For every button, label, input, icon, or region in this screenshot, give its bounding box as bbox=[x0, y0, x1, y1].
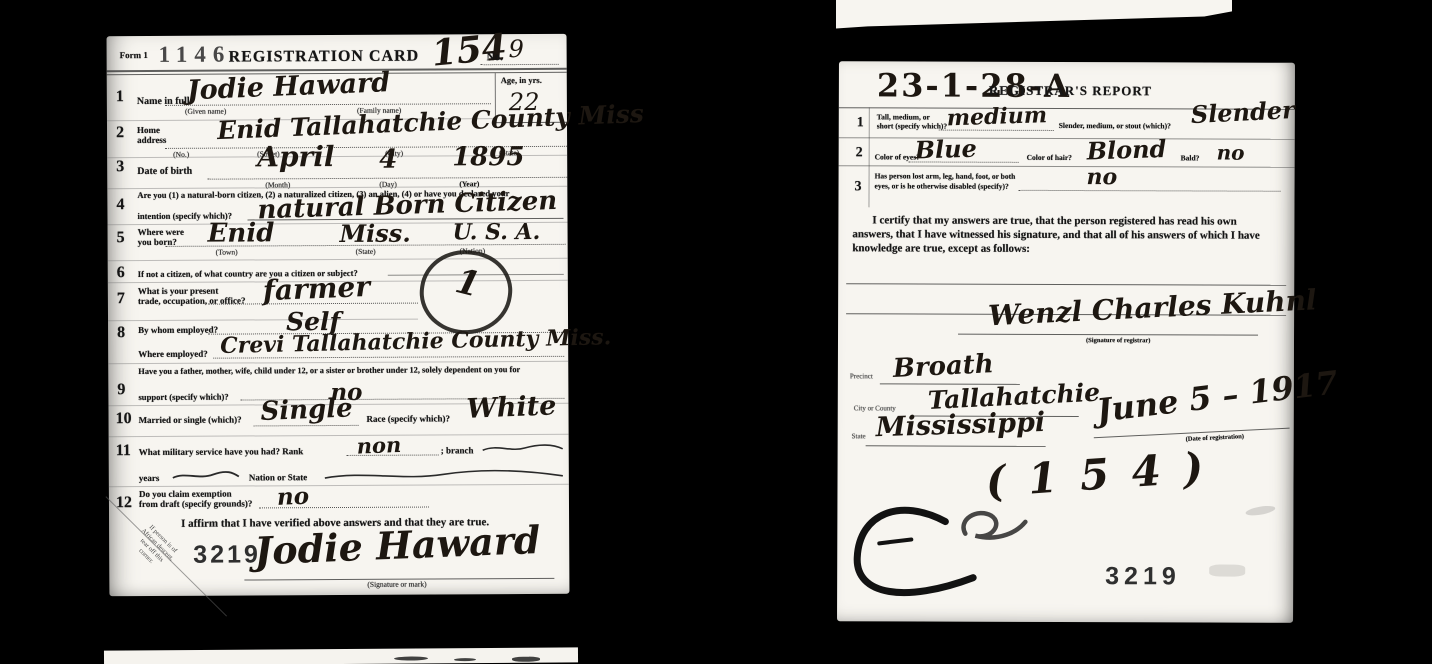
height-value: medium bbox=[946, 104, 1047, 129]
report-field-3-number: 3 bbox=[855, 179, 862, 194]
build-value: Slender bbox=[1190, 98, 1295, 127]
home-address-label-2: address bbox=[137, 136, 166, 146]
label-line: Has person lost arm, leg, hand, foot, or… bbox=[875, 171, 1016, 181]
report-title: REGISTRAR'S REPORT bbox=[989, 84, 1152, 99]
certification-line: I certify that my answers are true, that… bbox=[852, 213, 1284, 229]
field-10-number: 10 bbox=[115, 410, 131, 428]
blank-squiggle bbox=[171, 468, 241, 482]
military-service-label: What military service have you had? Rank bbox=[139, 447, 304, 458]
rule-line bbox=[958, 334, 1258, 336]
military-rank-value: non bbox=[356, 434, 401, 457]
nation-or-state-label: Nation or State bbox=[249, 473, 307, 483]
married-value: Single bbox=[260, 395, 353, 425]
serial-stamp-3219-report: 3219 bbox=[1105, 562, 1181, 591]
town-sublabel: (Town) bbox=[216, 249, 238, 257]
top-card-edge-strip bbox=[836, 0, 1232, 30]
employer-label: By whom employed? bbox=[138, 326, 218, 336]
label-line: eyes, or is he otherwise disabled (speci… bbox=[875, 181, 1016, 191]
rule-line bbox=[839, 137, 1295, 140]
home-address-value: Enid Tallahatchie County Miss bbox=[217, 101, 645, 143]
registrars-report-card: 23-1-28-A REGISTRAR'S REPORT 1 Tall, med… bbox=[837, 61, 1295, 623]
rule-line bbox=[259, 507, 429, 509]
race-value: White bbox=[466, 392, 557, 423]
certification-line: knowledge are true, except as follows: bbox=[852, 241, 1284, 257]
form-number-label: Form 1 bbox=[120, 51, 148, 61]
registration-card: Form 1 1146 REGISTRATION CARD 154 No. 9 … bbox=[107, 34, 570, 596]
eye-color-value: Blue bbox=[914, 137, 977, 163]
state-value: Mississippi bbox=[875, 409, 1045, 441]
rule-line bbox=[839, 165, 1295, 168]
rule-line bbox=[846, 283, 1286, 286]
order-number-value: 9 bbox=[509, 37, 524, 61]
report-field-1-number: 1 bbox=[857, 115, 864, 130]
certification-text: I certify that my answers are true, that… bbox=[852, 213, 1284, 257]
precinct-label: Precinct bbox=[850, 373, 873, 381]
date-of-birth-label: Date of birth bbox=[137, 166, 192, 177]
disability-label: Has person lost arm, leg, hand, foot, or… bbox=[875, 171, 1016, 190]
scanned-document-page: Form 1 1146 REGISTRATION CARD 154 No. 9 … bbox=[0, 0, 1432, 664]
field-3-number: 3 bbox=[116, 158, 124, 176]
trade-value: farmer bbox=[262, 273, 370, 305]
dependents-label-1: Have you a father, mother, wife, child u… bbox=[138, 365, 566, 376]
row-separator bbox=[108, 361, 568, 364]
dependents-label-2: support (specify which)? bbox=[138, 393, 228, 403]
age-box-label: Age, in yrs. bbox=[501, 76, 542, 86]
birth-day-value: 4 bbox=[379, 147, 397, 173]
years-label: years bbox=[139, 474, 160, 484]
branch-label: ; branch bbox=[441, 446, 474, 456]
field-5-number: 5 bbox=[117, 229, 125, 247]
hair-color-label: Color of hair? bbox=[1027, 154, 1072, 162]
bald-value: no bbox=[1217, 143, 1245, 163]
faint-mark bbox=[1245, 504, 1276, 517]
number-column-line bbox=[868, 107, 869, 207]
registrar-signature-sublabel: (Signature of registrar) bbox=[1086, 337, 1150, 344]
hair-color-value: Blond bbox=[1086, 137, 1166, 163]
birth-town-value: Enid bbox=[208, 220, 275, 246]
birth-year-value: 1895 bbox=[452, 144, 525, 170]
birth-month-value: April bbox=[257, 143, 334, 171]
card-title: REGISTRATION CARD bbox=[229, 48, 420, 67]
disability-value: no bbox=[1087, 166, 1118, 188]
exemption-value: no bbox=[277, 485, 310, 509]
married-label: Married or single (which)? bbox=[139, 416, 242, 426]
rule-line bbox=[1019, 190, 1281, 192]
where-employed-label: Where employed? bbox=[138, 350, 208, 360]
date-sublabel: (Date of registration) bbox=[1186, 433, 1245, 443]
birth-state-value: Miss. bbox=[340, 222, 411, 246]
rule-line bbox=[481, 64, 559, 65]
report-field-2-number: 2 bbox=[856, 145, 863, 160]
build-label: Slender, medium, or stout (which)? bbox=[1059, 122, 1171, 131]
state-sublabel-2: (State) bbox=[356, 248, 376, 256]
registration-date-value: June 5 – 1917 bbox=[1095, 366, 1340, 427]
row-separator bbox=[108, 319, 418, 322]
bottom-card-edge-strip bbox=[104, 647, 578, 664]
row-separator bbox=[109, 434, 569, 437]
field-11-number: 11 bbox=[116, 442, 131, 460]
field-8-number: 8 bbox=[117, 324, 125, 342]
field-2-number: 2 bbox=[116, 124, 124, 142]
paren-serial-number: ( 1 5 4 ) bbox=[984, 447, 1208, 504]
registrant-signature: Jodie Haward bbox=[254, 521, 541, 570]
label-line: Tall, medium, or bbox=[877, 112, 947, 121]
cutoff-writing-mark bbox=[454, 658, 476, 661]
registrar-signature: Wenzl Charles Kuhnl bbox=[988, 286, 1318, 330]
name-value: Jodie Haward bbox=[186, 69, 390, 104]
bald-label: Bald? bbox=[1181, 154, 1200, 162]
blank-squiggle bbox=[481, 440, 565, 454]
faint-mark bbox=[1209, 565, 1245, 577]
field-7-number: 7 bbox=[117, 290, 125, 308]
rule-line bbox=[866, 445, 1046, 447]
given-name-sublabel: (Given name) bbox=[185, 108, 226, 116]
rule-line bbox=[254, 425, 359, 427]
field-6-number: 6 bbox=[117, 264, 125, 282]
pen-scribble bbox=[845, 499, 1065, 620]
build-height-label: Tall, medium, or short (specify which)? bbox=[877, 112, 947, 130]
field-1-number: 1 bbox=[116, 88, 124, 106]
trade-label-2: trade, occupation, or office? bbox=[138, 296, 246, 306]
birth-nation-value: U. S. A. bbox=[453, 221, 541, 243]
no-sublabel: (No.) bbox=[173, 151, 189, 159]
certification-line: answers, that I have witnessed his signa… bbox=[852, 227, 1284, 243]
serial-number-stamp: 1146 bbox=[159, 42, 232, 68]
row-separator bbox=[109, 484, 569, 487]
cutoff-writing-mark bbox=[394, 656, 428, 660]
label-line: short (specify which)? bbox=[877, 121, 947, 130]
exemption-label-2: from draft (specify grounds)? bbox=[139, 499, 252, 509]
blank-squiggle bbox=[323, 466, 565, 483]
race-label: Race (specify which)? bbox=[367, 414, 451, 424]
signature-sublabel: (Signature or mark) bbox=[367, 581, 426, 590]
cutoff-writing-mark bbox=[512, 657, 540, 662]
field-9-number: 9 bbox=[117, 381, 125, 399]
precinct-value: Broath bbox=[892, 351, 994, 382]
order-number-label: No. bbox=[487, 51, 503, 63]
where-employed-value: Crevi Tallahatchie County Miss. bbox=[220, 326, 612, 357]
state-label: State bbox=[852, 433, 866, 441]
field-4-number: 4 bbox=[116, 196, 124, 214]
